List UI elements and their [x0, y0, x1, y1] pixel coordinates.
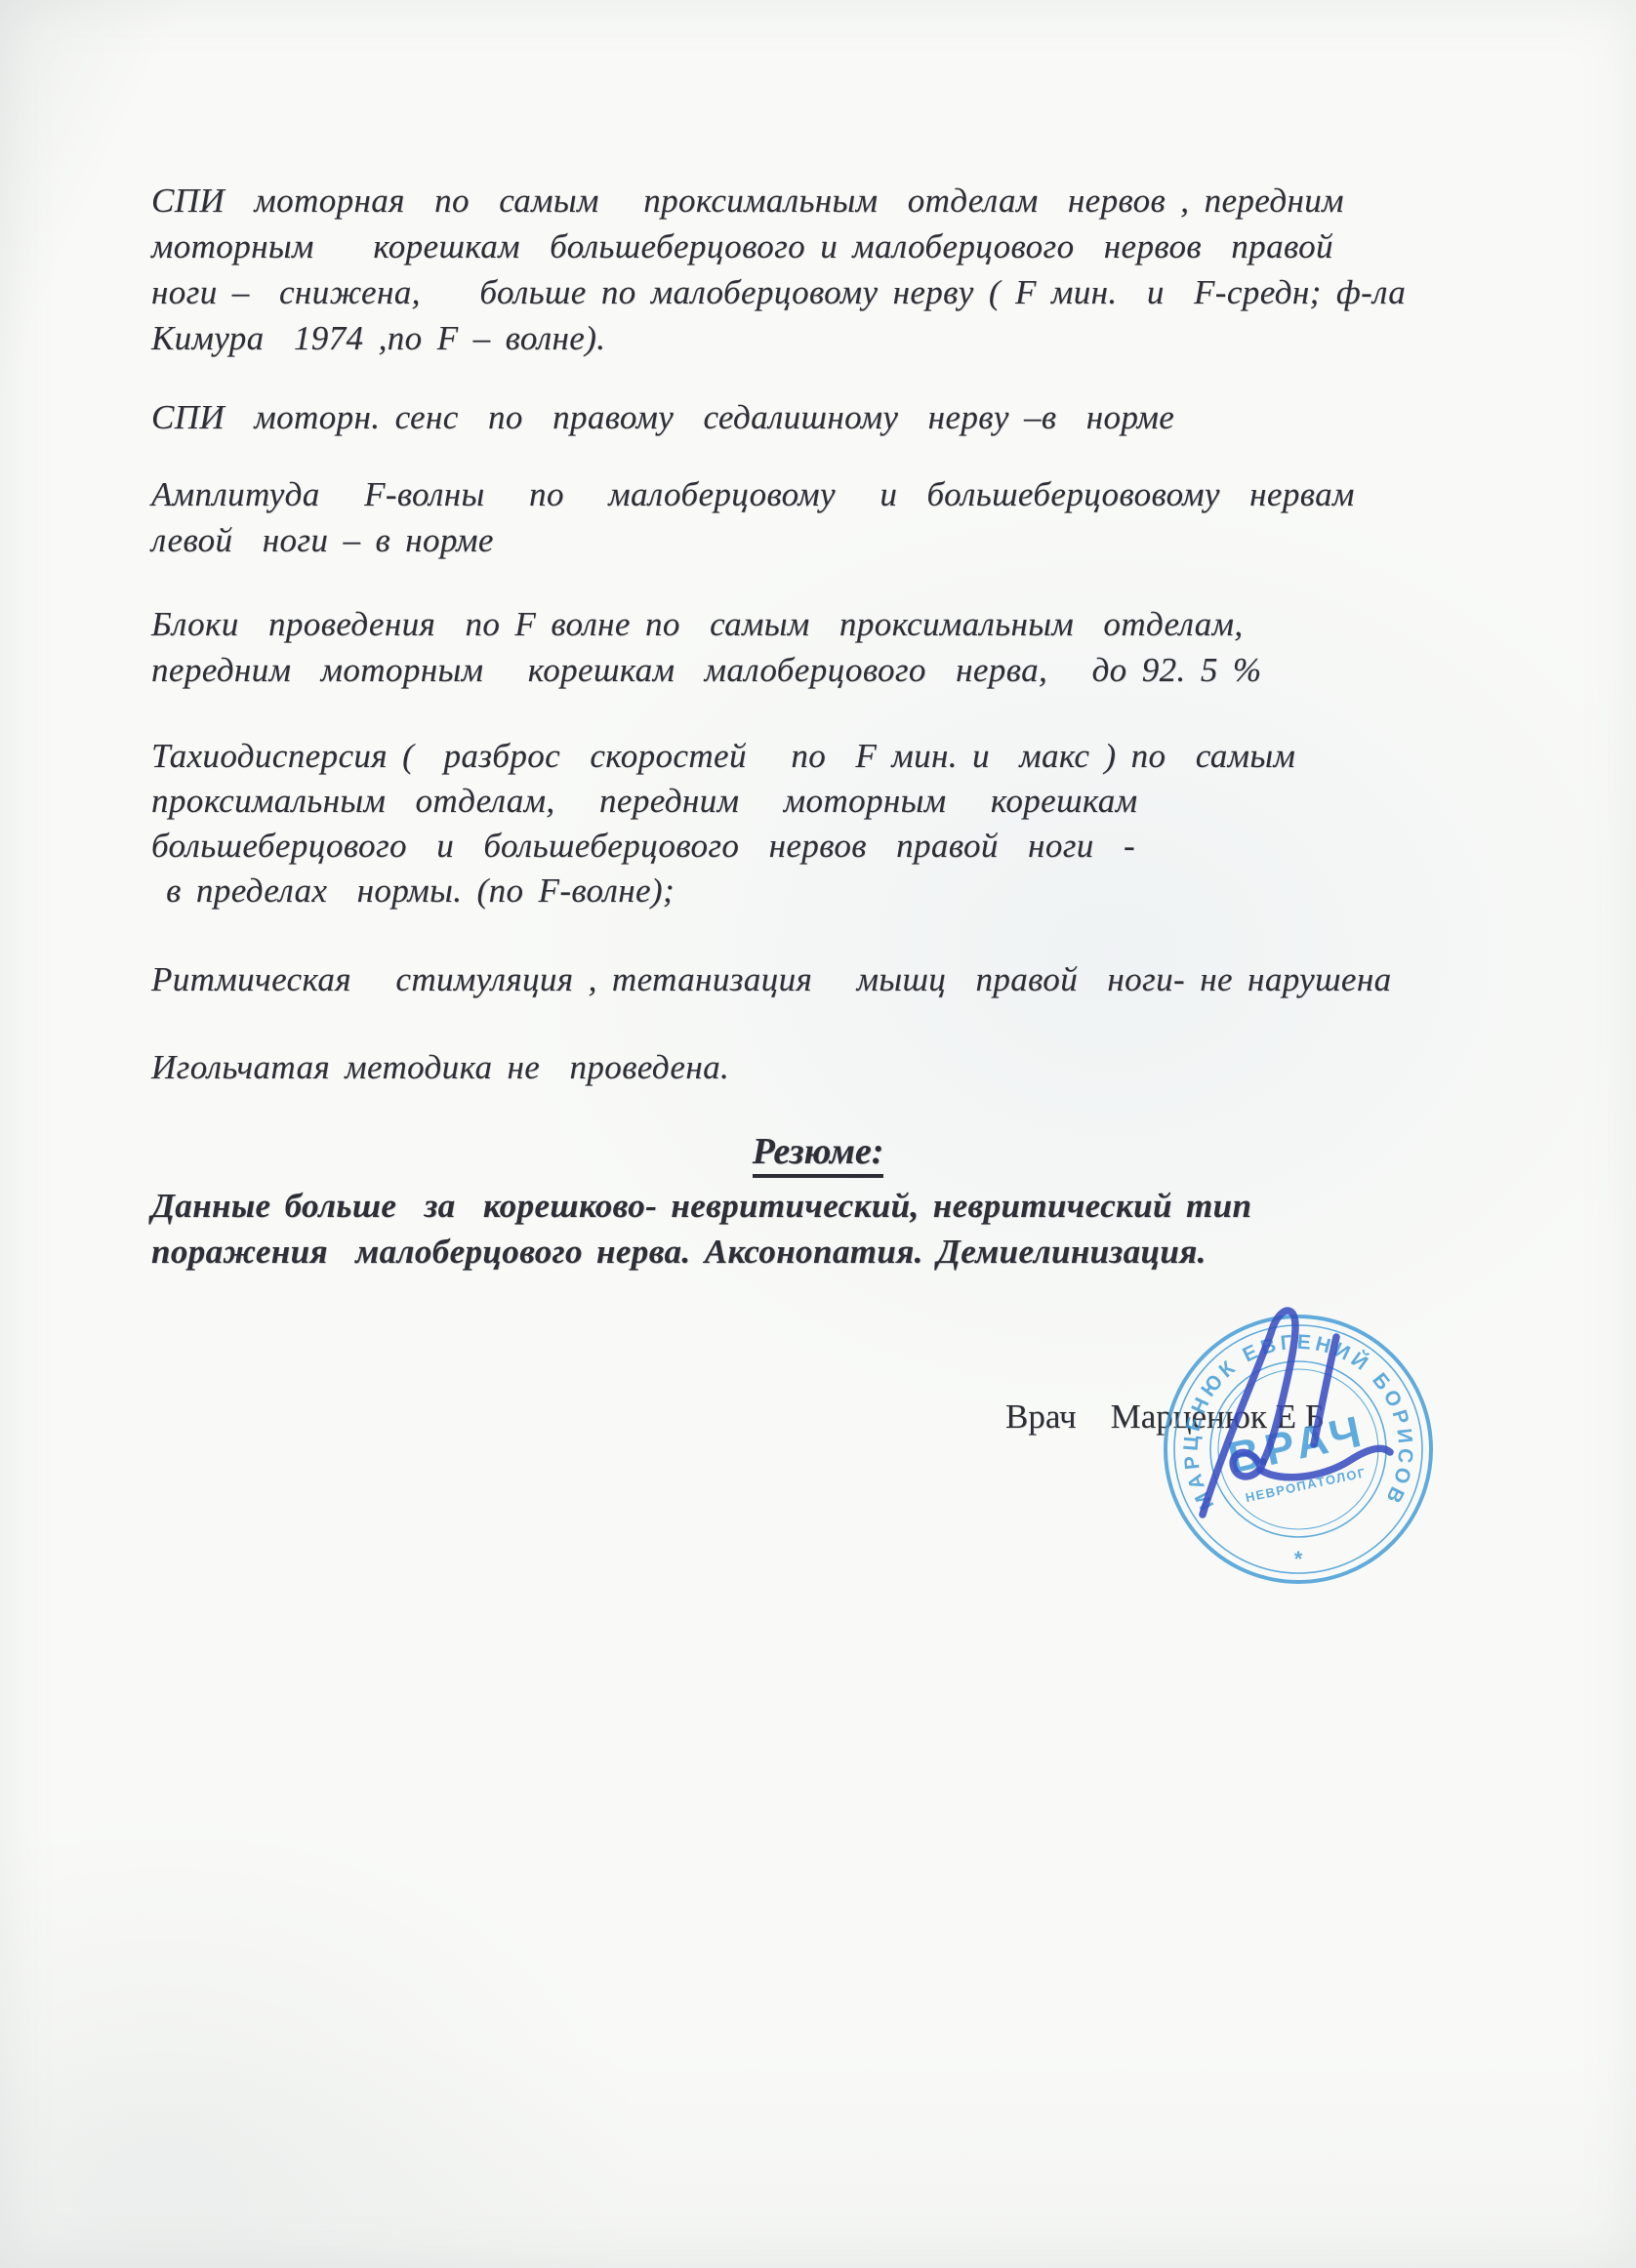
summary-paragraph: Данные больше за корешково- невритически… — [151, 1183, 1251, 1275]
text-line: Кимура 1974 ,по F – волне). — [151, 315, 1406, 361]
report-paragraph-spi-sens: СПИ моторн. сенс по правому седалишному … — [151, 394, 1174, 440]
text-line: проксимальным отделам, передним моторным… — [151, 779, 1295, 824]
text-line: моторным корешкам большеберцового и мало… — [151, 223, 1406, 269]
scanned-medical-report: СПИ моторная по самым проксимальным отде… — [0, 0, 1636, 2268]
report-paragraph-blocks: Блоки проведения по F волне по самым про… — [151, 601, 1261, 693]
text-line: Игольчатая методика не проведена. — [151, 1044, 729, 1090]
report-paragraph-rhythmic: Ритмическая стимуляция , тетанизация мыш… — [151, 956, 1392, 1002]
text-line: Данные больше за корешково- невритически… — [151, 1183, 1251, 1229]
summary-heading: Резюме: — [18, 1130, 1618, 1173]
text-line: СПИ моторн. сенс по правому седалишному … — [151, 394, 1174, 440]
text-line: СПИ моторная по самым проксимальным отде… — [151, 178, 1406, 223]
text-line: передним моторным корешкам малоберцового… — [151, 647, 1261, 693]
handwritten-signature — [1123, 1269, 1454, 1591]
text-line: Амплитуда F-волны по малоберцовому и бол… — [151, 471, 1355, 517]
text-line: Блоки проведения по F волне по самым про… — [151, 601, 1261, 647]
text-line: большеберцового и большеберцового нервов… — [151, 824, 1295, 869]
text-line: Ритмическая стимуляция , тетанизация мыш… — [151, 956, 1392, 1002]
report-paragraph-needle: Игольчатая методика не проведена. — [151, 1044, 729, 1090]
report-paragraph-spi-motor: СПИ моторная по самым проксимальным отде… — [151, 178, 1406, 361]
signature-stroke-cross — [1314, 1337, 1336, 1444]
signature-stroke-tall — [1203, 1311, 1295, 1515]
text-line: левой ноги – в норме — [151, 517, 1355, 563]
report-paragraph-amplitude: Амплитуда F-волны по малоберцовому и бол… — [151, 471, 1355, 563]
text-line: поражения малоберцового нерва. Аксонопат… — [151, 1229, 1251, 1275]
summary-heading-text: Резюме: — [753, 1131, 884, 1178]
text-line: ноги – снижена, больше по малоберцовому … — [151, 269, 1406, 315]
signature-stroke-swoosh — [1260, 1448, 1390, 1477]
text-line: Тахиодисперсия ( разброс скоростей по F … — [151, 734, 1295, 779]
text-line: в пределах нормы. (по F-волне); — [151, 869, 1295, 913]
report-paragraph-tachydispersion: Тахиодисперсия ( разброс скоростей по F … — [151, 734, 1295, 913]
